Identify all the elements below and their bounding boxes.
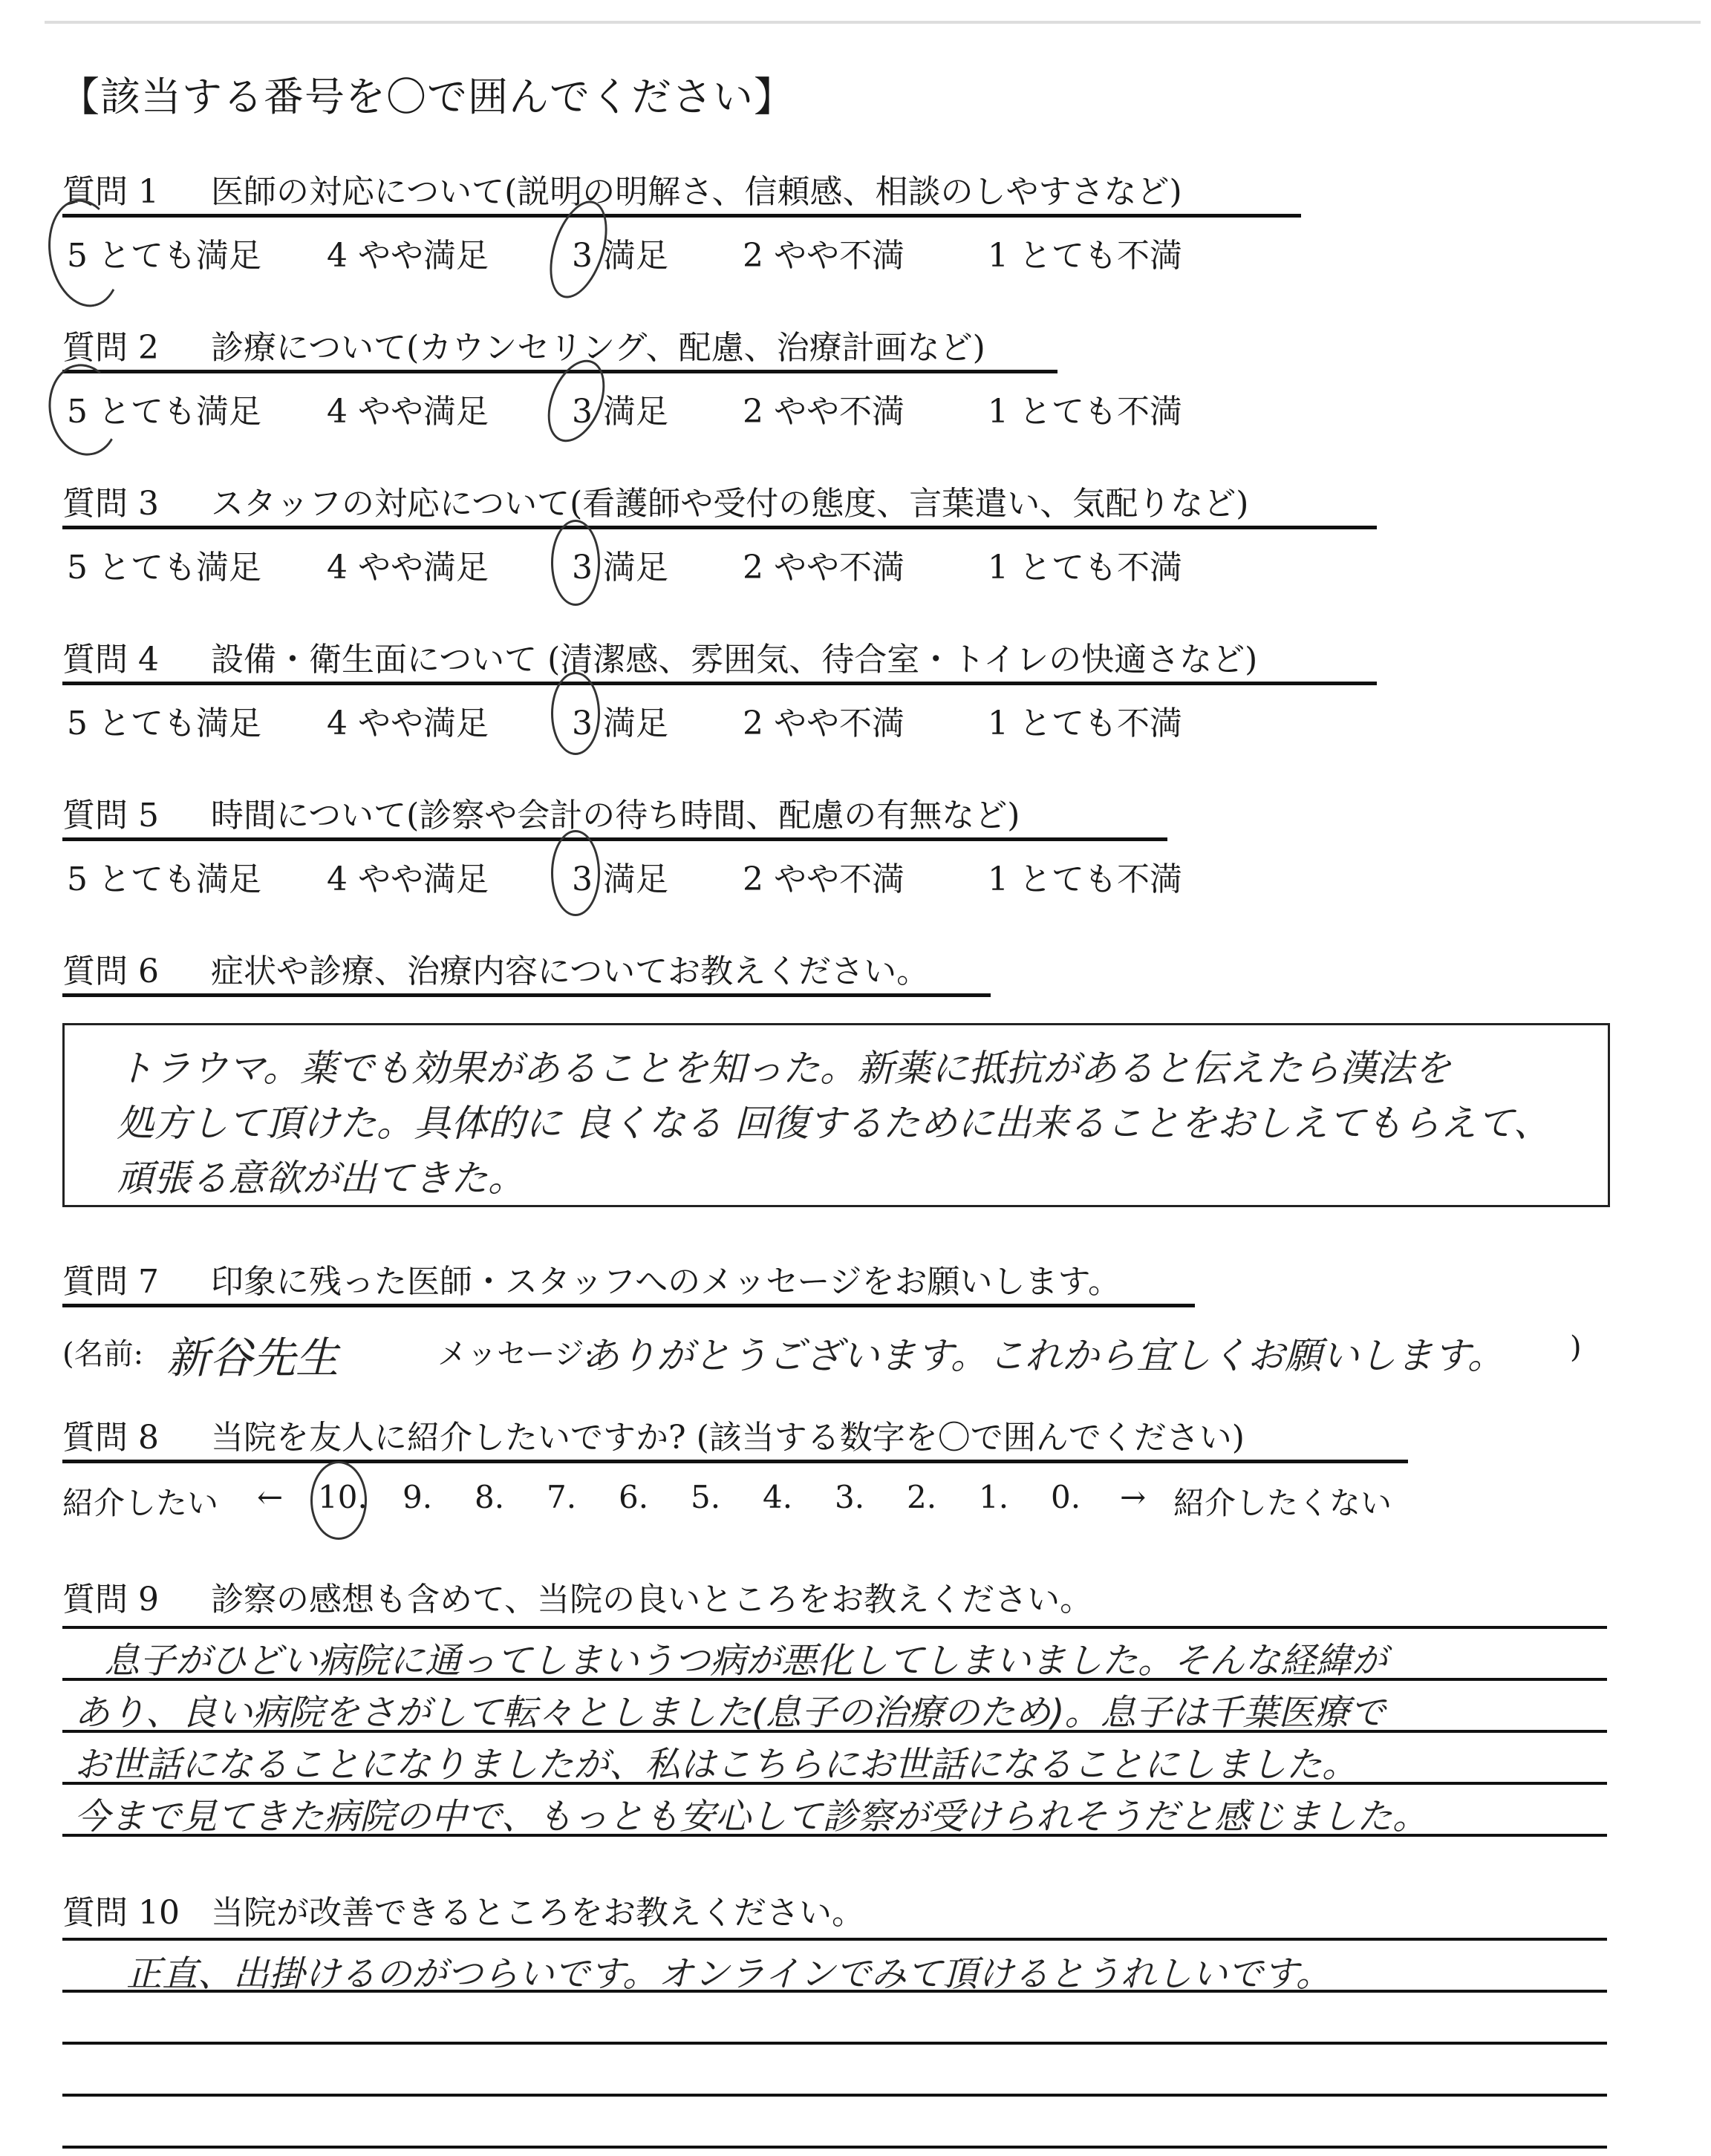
underline — [62, 526, 1377, 529]
ruled-line — [62, 1626, 1607, 1629]
handwritten-answer-line: お世話になることになりましたが、私はこちらにお世話になることにしました。 — [74, 1736, 1358, 1787]
rating-scale-q5: 5 とても満足 4 やや満足 3 満足 2 やや不満 1 とても不満 — [62, 852, 1251, 897]
option-5[interactable]: 5 とても満足 — [67, 696, 261, 744]
question-7: 質問 7印象に残った医師・スタッフへのメッセージをお願いします。 — [62, 1255, 1121, 1302]
rating-scale-q2: 5 とても満足 4 やや満足 3 満足 2 やや不満 1 とても不満 — [62, 385, 1251, 429]
close-paren: ) — [1570, 1330, 1582, 1365]
arrow-right-icon: → — [1120, 1479, 1146, 1515]
question-10: 質問 10当院が改善できるところをお教えください。 — [62, 1886, 864, 1933]
option-5[interactable]: 5 とても満足 — [67, 852, 261, 900]
underline — [62, 837, 1167, 841]
option-2[interactable]: 2 やや不満 — [743, 696, 905, 744]
recommend-scale: 紹介したい ← 10. 9. 8. 7. 6. 5. 4. 3. 2. 1. 0… — [62, 1479, 1548, 1523]
option-1[interactable]: 1 とても不満 — [988, 852, 1182, 900]
question-text: 設備・衛生面について (清潔感、雰囲気、待合室・トイレの快適さなど) — [211, 641, 1257, 679]
message-row: (名前: 新谷先生 メッセージ: ありがとうございます。これから宜しくお願いしま… — [62, 1323, 1622, 1382]
rating-scale-q4: 5 とても満足 4 やや満足 3 満足 2 やや不満 1 とても不満 — [62, 696, 1251, 741]
selection-circle — [42, 359, 126, 461]
question-text: 当院を友人に紹介したいですか? (該当する数字を〇で囲んでください) — [211, 1419, 1245, 1457]
score-8[interactable]: 8. — [475, 1479, 504, 1515]
question-3: 質問 3スタッフの対応について(看護師や受付の態度、言葉遣い、気配りなど) — [62, 477, 1248, 524]
recommend-left-label: 紹介したい — [62, 1479, 218, 1523]
option-4[interactable]: 4 やや満足 — [327, 540, 489, 588]
recommend-right-label: 紹介したくない — [1173, 1479, 1392, 1523]
score-5[interactable]: 5. — [691, 1479, 720, 1515]
question-4: 質問 4設備・衛生面について (清潔感、雰囲気、待合室・トイレの快適さなど) — [62, 633, 1257, 680]
question-8: 質問 8当院を友人に紹介したいですか? (該当する数字を〇で囲んでください) — [62, 1411, 1245, 1458]
score-4[interactable]: 4. — [763, 1479, 792, 1515]
question-number: 質問 10 — [62, 1886, 211, 1933]
ruled-line — [62, 2042, 1607, 2045]
question-2: 質問 2診療について(カウンセリング、配慮、治療計画など) — [62, 321, 985, 368]
selection-circle — [551, 520, 600, 606]
handwritten-answer-line: あり、良い病院をさがして転々としました(息子の治療のため)。息子は千葉医療で — [74, 1684, 1385, 1735]
arrow-left-icon: ← — [257, 1479, 283, 1515]
score-3[interactable]: 3. — [835, 1479, 864, 1515]
option-1[interactable]: 1 とても不満 — [988, 696, 1182, 744]
question-text: スタッフの対応について(看護師や受付の態度、言葉遣い、気配りなど) — [211, 485, 1248, 523]
underline — [62, 370, 1057, 373]
name-label: (名前: — [62, 1330, 143, 1373]
handwritten-answer-line: トラウマ。薬でも効果があることを知った。新薬に抵抗があると伝えたら漢法を — [117, 1039, 1451, 1092]
name-value[interactable]: 新谷先生 — [166, 1323, 339, 1385]
option-4[interactable]: 4 やや満足 — [327, 696, 489, 744]
score-1[interactable]: 1. — [979, 1479, 1008, 1515]
underline — [62, 993, 991, 997]
ruled-line — [62, 1938, 1607, 1941]
score-2[interactable]: 2. — [907, 1479, 936, 1515]
selection-circle — [310, 1461, 367, 1540]
question-number: 質問 9 — [62, 1572, 211, 1620]
option-4[interactable]: 4 やや満足 — [327, 852, 489, 900]
question-5: 質問 5時間について(診察や会計の待ち時間、配慮の有無など) — [62, 788, 1020, 836]
answer-box-q6[interactable]: トラウマ。薬でも効果があることを知った。新薬に抵抗があると伝えたら漢法を 処方し… — [62, 1023, 1610, 1207]
question-6: 質問 6症状や診療、治療内容についてお教えください。 — [62, 944, 929, 992]
option-4[interactable]: 4 やや満足 — [327, 385, 489, 432]
rating-scale-q1: 5 とても満足 4 やや満足 3 満足 2 やや不満 1 とても不満 — [62, 229, 1251, 273]
question-text: 当院が改善できるところをお教えください。 — [211, 1894, 864, 1932]
ruled-line — [62, 2094, 1607, 2097]
underline — [62, 214, 1301, 218]
handwritten-answer-line: 処方して頂けた。具体的に 良くなる 回復するために出来ることをおしえてもらえて、 — [117, 1094, 1551, 1147]
score-9[interactable]: 9. — [403, 1479, 432, 1515]
question-number: 質問 4 — [62, 633, 211, 680]
rating-scale-q3: 5 とても満足 4 やや満足 3 満足 2 やや不満 1 とても不満 — [62, 540, 1251, 585]
underline — [62, 1304, 1195, 1307]
question-text: 時間について(診察や会計の待ち時間、配慮の有無など) — [211, 797, 1020, 834]
question-text: 医師の対応について(説明の明解さ、信頼感、相談のしやすさなど) — [211, 173, 1182, 211]
question-text: 診療について(カウンセリング、配慮、治療計画など) — [211, 329, 985, 367]
handwritten-answer-line: 正直、出掛けるのがつらいです。オンラインでみて頂けるとうれしいです。 — [126, 1945, 1332, 1996]
ruled-line — [62, 2146, 1607, 2149]
question-number: 質問 8 — [62, 1411, 211, 1458]
question-text: 診察の感想も含めて、当院の良いところをお教えください。 — [211, 1581, 1092, 1618]
selection-circle — [551, 672, 600, 755]
score-0[interactable]: 0. — [1051, 1479, 1081, 1515]
question-number: 質問 3 — [62, 477, 211, 524]
underline — [62, 1460, 1408, 1463]
score-6[interactable]: 6. — [619, 1479, 648, 1515]
score-7[interactable]: 7. — [547, 1479, 576, 1515]
page-title: 【該当する番号を〇で囲んでください】 — [59, 65, 795, 122]
question-text: 印象に残った医師・スタッフへのメッセージをお願いします。 — [211, 1263, 1121, 1301]
underline — [62, 682, 1377, 685]
handwritten-answer-line: 息子がひどい病院に通ってしまいうつ病が悪化してしまいました。そんな経緯が — [104, 1632, 1387, 1683]
question-number: 質問 6 — [62, 944, 211, 992]
option-2[interactable]: 2 やや不満 — [743, 852, 905, 900]
question-number: 質問 5 — [62, 788, 211, 836]
handwritten-answer-line: 今まで見てきた病院の中で、もっとも安心して診察が受けられそうだと感じました。 — [74, 1788, 1428, 1839]
question-text: 症状や診療、治療内容についてお教えください。 — [211, 953, 929, 990]
page-top-edge — [45, 21, 1701, 24]
question-number: 質問 2 — [62, 321, 211, 368]
option-1[interactable]: 1 とても不満 — [988, 229, 1182, 276]
option-2[interactable]: 2 やや不満 — [743, 540, 905, 588]
option-2[interactable]: 2 やや不満 — [743, 229, 905, 276]
option-1[interactable]: 1 とても不満 — [988, 540, 1182, 588]
message-value[interactable]: ありがとうございます。これから宜しくお願いします。 — [582, 1326, 1505, 1379]
selection-circle — [551, 830, 600, 916]
question-1: 質問 1医師の対応について(説明の明解さ、信頼感、相談のしやすさなど) — [62, 165, 1182, 212]
option-2[interactable]: 2 やや不満 — [743, 385, 905, 432]
option-1[interactable]: 1 とても不満 — [988, 385, 1182, 432]
option-4[interactable]: 4 やや満足 — [327, 229, 489, 276]
handwritten-answer-line: 頑張る意欲が出てきた。 — [117, 1149, 525, 1202]
question-9: 質問 9診察の感想も含めて、当院の良いところをお教えください。 — [62, 1572, 1092, 1620]
message-label: メッセージ: — [437, 1330, 594, 1373]
option-5[interactable]: 5 とても満足 — [67, 540, 261, 588]
question-number: 質問 7 — [62, 1255, 211, 1302]
